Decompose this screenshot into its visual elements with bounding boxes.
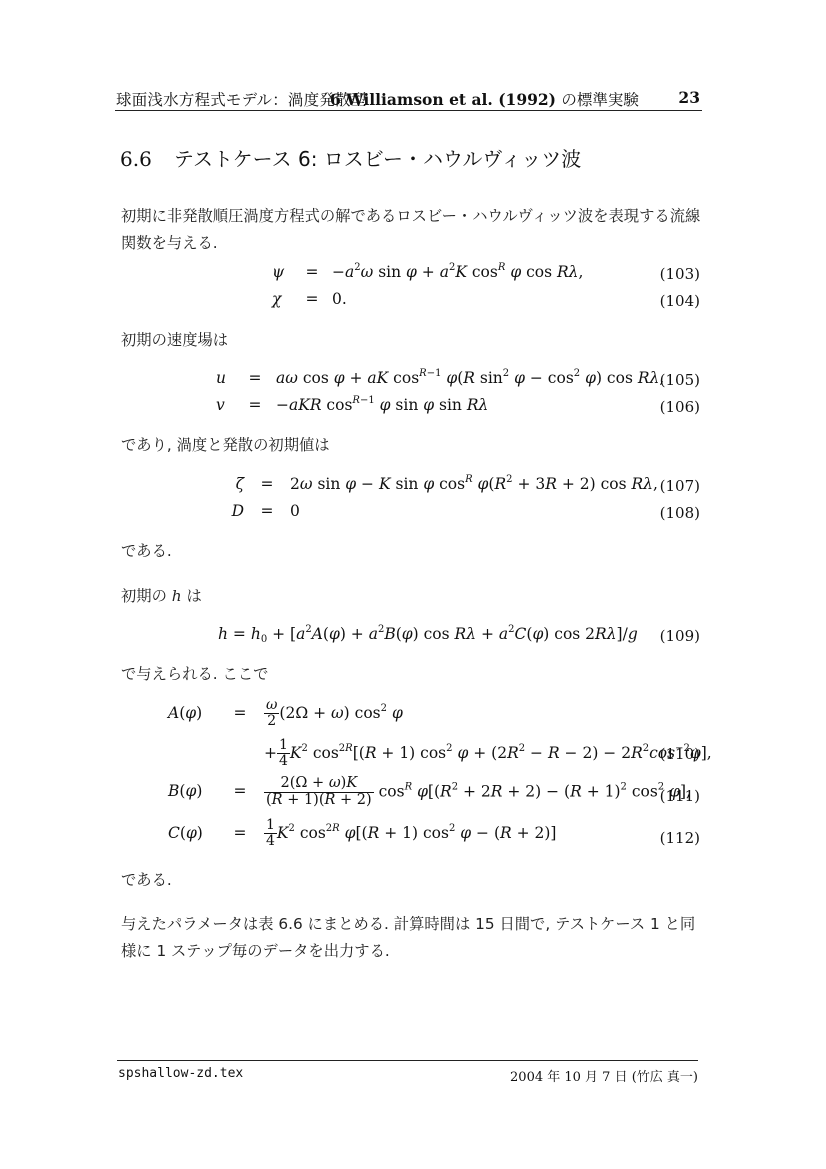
equation-110-line-2: +14K2 cos2R[(R + 1) cos2 φ + (2R2 − R − … [264, 738, 712, 770]
footer-filename: spshallow-zd.tex [118, 1066, 243, 1081]
equation-number-111: (111) [660, 787, 700, 805]
running-header-title: 球面浅水方程式モデル：渦度発散型 [116, 88, 366, 110]
running-header-section-num: 6 [330, 90, 341, 109]
closing-paragraph: 与えたパラメータは表 6.6 にまとめる. 計算時間は 15 日間で, テストケ… [121, 911, 706, 965]
equation-110-line-1: A(φ)=ω2(2Ω + ω) cos2 φ [168, 698, 403, 730]
equation-number-112: (112) [660, 829, 700, 847]
velocity-intro: 初期の速度場は [121, 327, 706, 354]
equation-number-109: (109) [660, 627, 700, 645]
equation-number-105: (105) [660, 371, 700, 389]
equation-number-107: (107) [660, 477, 700, 495]
equation-number-108: (108) [660, 504, 700, 522]
dearu-1: である. [121, 538, 706, 565]
equation-106: v=−aKR cosR−1 φ sin φ sin Rλ [216, 396, 488, 414]
equation-111: B(φ)=2(Ω + ω)K(R + 1)(R + 2) cosR φ[(R2 … [168, 776, 691, 809]
equation-105: u=aω cos φ + aK cosR−1 φ(R sin2 φ − cos2… [216, 369, 664, 387]
h-intro-prefix: 初期の [121, 587, 167, 605]
equation-107: ζ=2ω sin φ − K sin φ cosR φ(R2 + 3R + 2)… [222, 475, 658, 493]
h-intro-var: h [172, 587, 182, 605]
equation-112: C(φ)=14K2 cos2R φ[(R + 1) cos2 φ − (R + … [168, 818, 556, 850]
given-here: で与えられる. ここで [121, 661, 706, 688]
header-rule [115, 110, 702, 111]
equation-104: χ=0. [272, 290, 347, 308]
section-heading: 6.6テストケース 6: ロスビー・ハウルヴィッツ波 [120, 143, 581, 172]
h-intro: 初期の h は [121, 583, 706, 610]
equation-109: h = h0 + [a2A(φ) + a2B(φ) cos Rλ + a2C(φ… [218, 625, 638, 643]
running-header-section-en: Williamson et al. (1992) [346, 90, 556, 109]
vorticity-divergence-intro: であり, 渦度と発散の初期値は [121, 432, 706, 459]
section-title: テストケース 6: ロスビー・ハウルヴィッツ波 [174, 147, 581, 171]
h-intro-suffix: は [187, 587, 202, 605]
running-header-section-jp: の標準実験 [561, 91, 639, 109]
equation-103: ψ=−a2ω sin φ + a2K cosR φ cos Rλ, [272, 263, 583, 281]
equation-number-106: (106) [660, 398, 700, 416]
equation-108: D=0 [222, 502, 300, 520]
footer-date-author: 2004 年 10 月 7 日 (竹広 真一) [510, 1066, 698, 1085]
equation-number-110: (110) [660, 745, 700, 763]
section-number: 6.6 [120, 147, 152, 171]
dearu-2: である. [121, 867, 706, 894]
footer-rule [117, 1060, 698, 1061]
running-header-section: 6 Williamson et al. (1992) の標準実験 [330, 88, 639, 110]
equation-number-103: (103) [660, 265, 700, 283]
page-number: 23 [678, 88, 700, 107]
equation-number-104: (104) [660, 292, 700, 310]
intro-paragraph: 初期に非発散順圧渦度方程式の解であるロスビー・ハウルヴィッツ波を表現する流線関数… [121, 203, 706, 257]
